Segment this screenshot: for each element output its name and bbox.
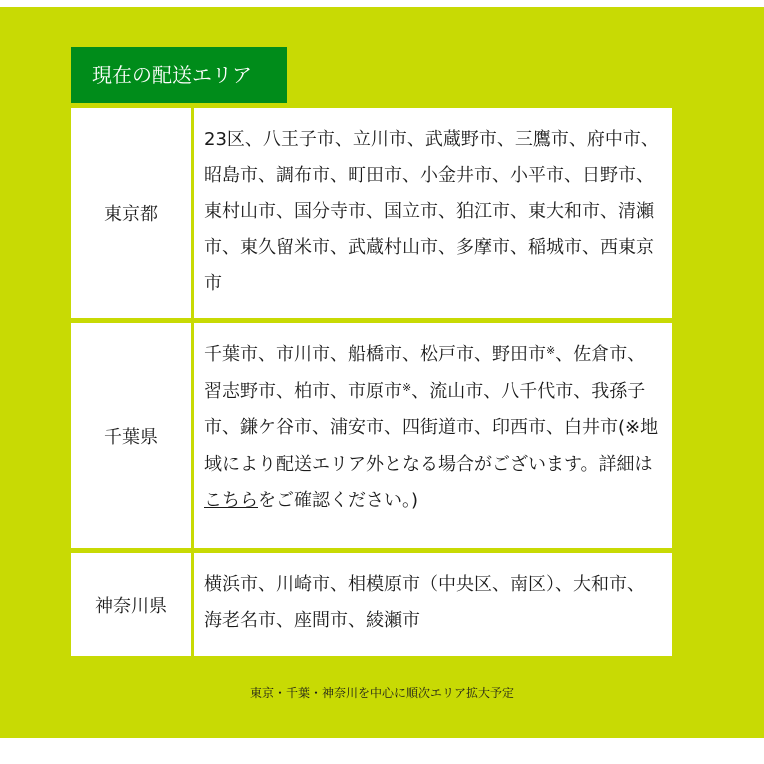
city-list: 横浜市、川崎市、相模原市（中央区、南区）、大和市、海老名市、座間市、綾瀬市 <box>194 553 672 656</box>
prefecture-label: 神奈川県 <box>71 553 191 656</box>
note-mark: ※ <box>546 344 555 357</box>
city-list: 23区、八王子市、立川市、武蔵野市、三鷹市、府中市、昭島市、調布市、町田市、小金… <box>194 108 672 318</box>
expansion-note: 東京・千葉・神奈川を中心に順次エリア拡大予定 <box>0 684 764 701</box>
city-text: 千葉市、市川市、船橋市、松戸市、野田市 <box>204 344 546 365</box>
city-text: をご確認ください。) <box>258 490 418 511</box>
prefecture-label: 東京都 <box>71 108 191 318</box>
area-row-tokyo: 東京都 23区、八王子市、立川市、武蔵野市、三鷹市、府中市、昭島市、調布市、町田… <box>71 108 672 318</box>
city-list: 千葉市、市川市、船橋市、松戸市、野田市※、佐倉市、習志野市、柏市、市原市※、流山… <box>194 323 672 548</box>
note-mark: ※ <box>402 381 411 394</box>
area-row-chiba: 千葉県 千葉市、市川市、船橋市、松戸市、野田市※、佐倉市、習志野市、柏市、市原市… <box>71 323 672 548</box>
section-heading: 現在の配送エリア <box>71 47 287 103</box>
delivery-area-table: 東京都 23区、八王子市、立川市、武蔵野市、三鷹市、府中市、昭島市、調布市、町田… <box>71 108 672 656</box>
prefecture-label: 千葉県 <box>71 323 191 548</box>
details-link[interactable]: こちら <box>204 490 258 511</box>
area-row-kanagawa: 神奈川県 横浜市、川崎市、相模原市（中央区、南区）、大和市、海老名市、座間市、綾… <box>71 553 672 656</box>
delivery-area-panel: 現在の配送エリア 東京都 23区、八王子市、立川市、武蔵野市、三鷹市、府中市、昭… <box>0 7 764 738</box>
